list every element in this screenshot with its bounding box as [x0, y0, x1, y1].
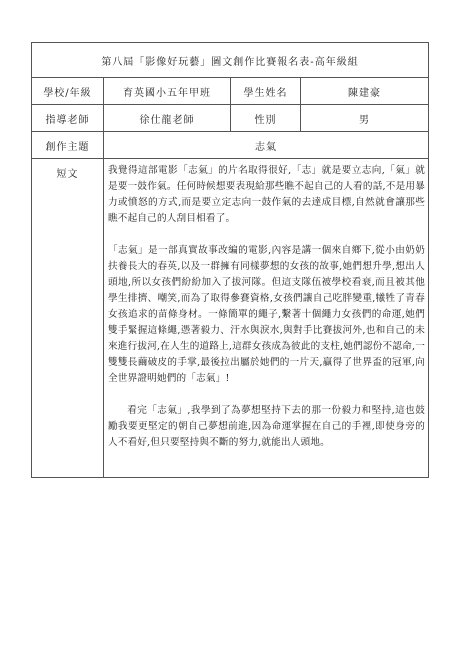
essay-paragraph-1: 我覺得這部電影「志氣」的片名取得很好,「志」就是要立志向,「氣」就是要一鼓作氣。… [108, 163, 425, 227]
theme-value: 志氣 [104, 132, 429, 159]
registration-form-table: 第八屆「影像好玩藝」圖文創作比賽報名表-高年級組 學校/年級 育英國小五年甲班 … [31, 42, 429, 478]
gender-label: 性別 [231, 105, 301, 132]
school-label: 學校/年級 [32, 78, 104, 105]
essay-content: 我覺得這部電影「志氣」的片名取得很好,「志」就是要立志向,「氣」就是要一鼓作氣。… [104, 159, 429, 478]
school-row: 學校/年級 育英國小五年甲班 學生姓名 陳建豪 [32, 78, 429, 105]
title-row: 第八屆「影像好玩藝」圖文創作比賽報名表-高年級組 [32, 43, 429, 78]
teacher-row: 指導老師 徐仕龍老師 性別 男 [32, 105, 429, 132]
theme-row: 創作主題 志氣 [32, 132, 429, 159]
school-value: 育英國小五年甲班 [104, 78, 231, 105]
teacher-value: 徐仕龍老師 [104, 105, 231, 132]
gender-value: 男 [301, 105, 429, 132]
form-title: 第八屆「影像好玩藝」圖文創作比賽報名表-高年級組 [32, 43, 429, 78]
essay-paragraph-3: 看完「志氣」,我學到了為夢想堅持下去的那一份毅力和堅持,這也鼓勵我要更堅定的朝自… [108, 403, 425, 451]
student-name-value: 陳建豪 [301, 78, 429, 105]
essay-label: 短文 [32, 159, 104, 478]
theme-label: 創作主題 [32, 132, 104, 159]
essay-paragraph-2: 「志氣」是一部真實故事改編的電影,內容是講一個來自鄉下,從小由奶奶扶養長大的春英… [108, 243, 425, 387]
student-name-label: 學生姓名 [231, 78, 301, 105]
teacher-label: 指導老師 [32, 105, 104, 132]
essay-row: 短文 我覺得這部電影「志氣」的片名取得很好,「志」就是要立志向,「氣」就是要一鼓… [32, 159, 429, 478]
